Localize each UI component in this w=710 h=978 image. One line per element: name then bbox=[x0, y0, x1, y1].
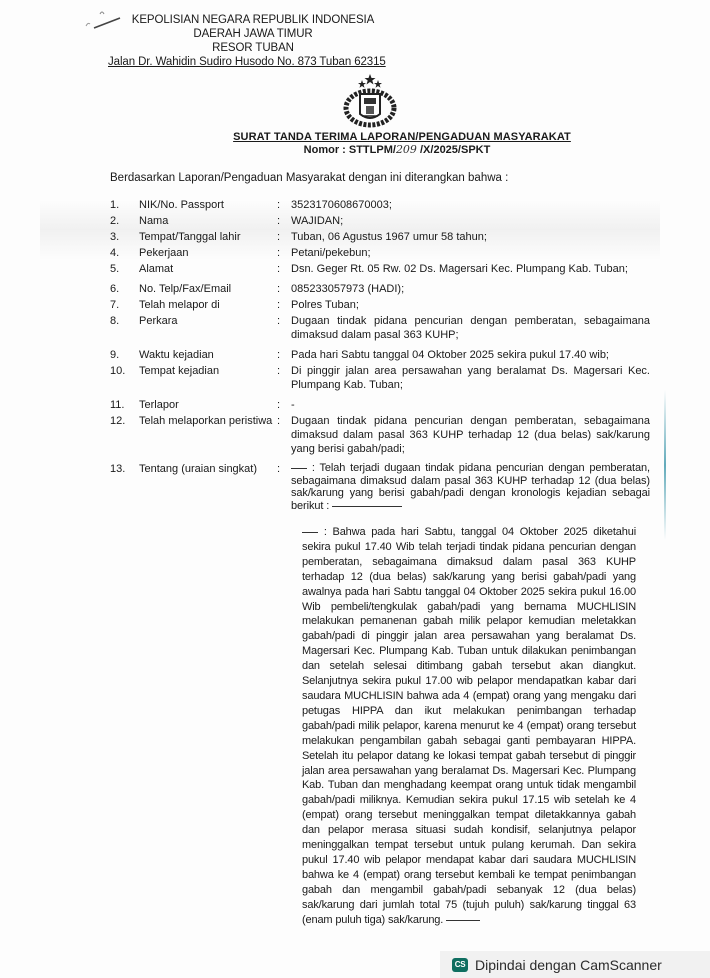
dash-filler bbox=[291, 467, 307, 469]
institution-address: Jalan Dr. Wahidin Sudiro Husodo No. 873 … bbox=[108, 55, 398, 69]
document-number: Nomor : STTLPM/209 /X/2025/SPKT bbox=[0, 143, 710, 156]
handwritten-number: 209 bbox=[396, 143, 417, 156]
scanned-document-page: KEPOLISIAN NEGARA REPUBLIK INDONESIA DAE… bbox=[0, 0, 710, 978]
watermark-text: Dipindai dengan CamScanner bbox=[475, 957, 662, 973]
dash-filler bbox=[302, 531, 318, 533]
document-title: SURAT TANDA TERIMA LAPORAN/PENGADUAN MAS… bbox=[0, 131, 710, 143]
field-waktu-kejadian: 9. Waktu kejadian : Pada hari Sabtu tang… bbox=[110, 348, 650, 362]
field-tentang: 13. Tentang (uraian singkat) : : Telah t… bbox=[110, 462, 650, 513]
field-tempat-tanggal-lahir: 3. Tempat/Tanggal lahir : Tuban, 06 Agus… bbox=[110, 230, 650, 244]
police-emblem-icon bbox=[340, 72, 400, 128]
letterhead: KEPOLISIAN NEGARA REPUBLIK INDONESIA DAE… bbox=[108, 13, 398, 69]
scan-edge-artifact bbox=[664, 390, 666, 540]
camscanner-logo-icon: CS bbox=[452, 958, 468, 972]
field-telah-melaporkan-peristiwa: 12. Telah melaporkan peristiwa : Dugaan … bbox=[110, 414, 650, 456]
institution-name: KEPOLISIAN NEGARA REPUBLIK INDONESIA bbox=[108, 13, 398, 27]
region-name: DAERAH JAWA TIMUR bbox=[108, 27, 398, 41]
chronology-paragraph: : Bahwa pada hari Sabtu, tanggal 04 Okto… bbox=[302, 525, 636, 927]
field-telah-melapor-di: 7. Telah melapor di : Polres Tuban; bbox=[110, 298, 650, 312]
report-fields: 1. NIK/No. Passport : 3523170608670003; … bbox=[110, 198, 650, 513]
intro-statement: Berdasarkan Laporan/Pengaduan Masyarakat… bbox=[110, 172, 508, 184]
field-alamat: 5. Alamat : Dsn. Geger Rt. 05 Rw. 02 Ds.… bbox=[110, 262, 650, 276]
field-perkara: 8. Perkara : Dugaan tindak pidana pencur… bbox=[110, 314, 650, 342]
camscanner-watermark: CS Dipindai dengan CamScanner bbox=[440, 951, 710, 978]
field-nama: 2. Nama : WAJIDAN; bbox=[110, 214, 650, 228]
dash-filler bbox=[332, 505, 402, 507]
field-terlapor: 11. Terlapor : - bbox=[110, 398, 650, 412]
field-pekerjaan: 4. Pekerjaan : Petani/pekebun; bbox=[110, 246, 650, 260]
field-tempat-kejadian: 10. Tempat kejadian : Di pinggir jalan a… bbox=[110, 364, 650, 392]
resort-name: RESOR TUBAN bbox=[108, 41, 398, 55]
field-nik: 1. NIK/No. Passport : 3523170608670003; bbox=[110, 198, 650, 212]
field-telp: 6. No. Telp/Fax/Email : 085233057973 (HA… bbox=[110, 282, 650, 296]
dash-filler bbox=[446, 919, 480, 921]
